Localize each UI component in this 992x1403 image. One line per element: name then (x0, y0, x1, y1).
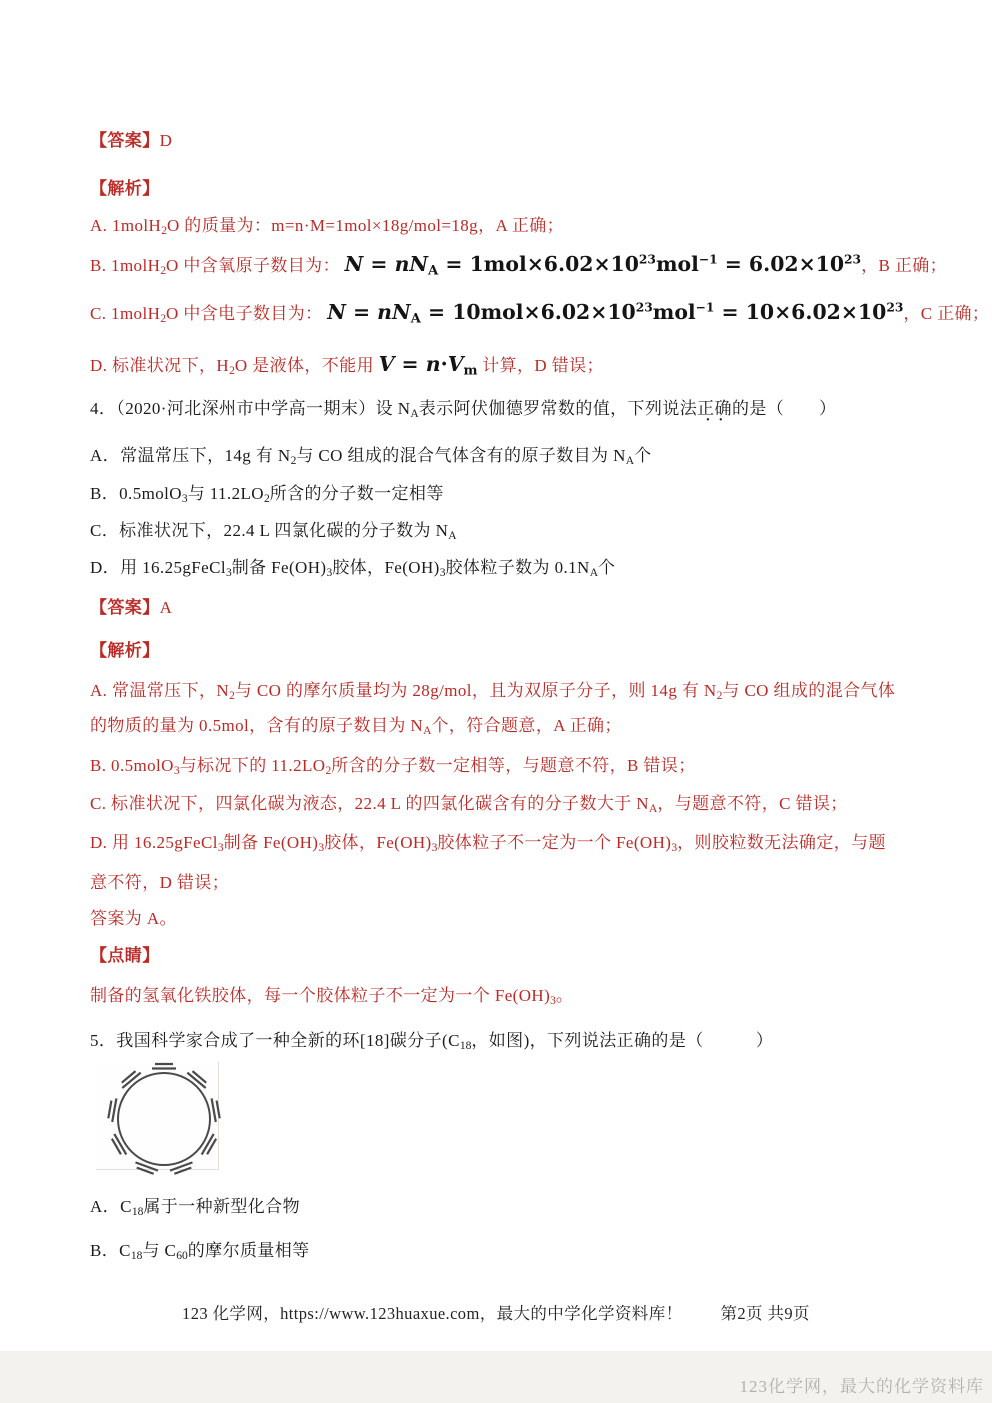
text-line: B. 1molH2O 中含氧原子数目为： N = nNA = 1mol×6.02… (90, 252, 947, 280)
page-footer: 123 化学网，https://www.123huaxue.com，最大的中学化… (0, 1300, 992, 1324)
text-segment: A (590, 566, 598, 579)
text-line: A. 1molH2O 的质量为：m=n·M=1mol×18g/mol=18g，A… (90, 215, 564, 239)
text-segment: 胶体，Fe(OH) (332, 558, 439, 577)
text-segment: n (377, 300, 392, 324)
text-segment: 与 CO 的摩尔质量均为 28g/mol，且为双原子分子，则 14g 有 N (235, 681, 717, 700)
text-segment: D. 用 16.25gFeCl (90, 833, 218, 852)
text-segment: −1 (699, 253, 718, 267)
text-segment: 属于一种新型化合物 (143, 1197, 300, 1216)
text-line: 【点睛】 (90, 945, 160, 966)
text-segment: 5．我国科学家合成了一种全新的环[18]碳分子(C (90, 1031, 460, 1050)
text-segment: 个，符合题意，A 正确； (431, 716, 621, 735)
text-segment: O 中含氧原子数目为： (166, 256, 345, 275)
text-segment: 个 (634, 446, 651, 465)
text-segment: D. 标准状况下，H (90, 356, 229, 375)
text-segment: 【点睛】 (90, 946, 160, 965)
text-segment: O 是液体，不能用 (235, 356, 379, 375)
exam-page: 【答案】D【解析】A. 1molH2O 的质量为：m=n·M=1mol×18g/… (0, 0, 992, 1403)
text-segment: N (392, 300, 411, 324)
text-segment: = (394, 352, 425, 376)
text-segment: D．用 16.25gFeCl (90, 558, 226, 577)
text-line: B．0.5molO3与 11.2LO2所含的分子数一定相等 (90, 483, 444, 507)
text-line: 4．（2020·河北深州市中学高一期末）设 NA表示阿伏伽德罗常数的值，下列说法… (90, 398, 836, 422)
triple-bond-mark (212, 1098, 216, 1122)
text-segment: A (448, 529, 456, 542)
text-segment: 胶体，Fe(OH) (324, 833, 431, 852)
text-segment: 【答案】 (90, 131, 160, 150)
text-line: 【答案】A (90, 597, 172, 618)
text-segment: A (428, 264, 438, 279)
cyclo18-figure-svg (96, 1062, 218, 1169)
text-segment: O 中含电子数目为： (166, 304, 327, 323)
text-segment: 制备 Fe(OH) (232, 558, 327, 577)
text-line: 5．我国科学家合成了一种全新的环[18]碳分子(C18，如图)，下列说法正确的是… (90, 1030, 773, 1054)
text-segment: A (411, 312, 421, 327)
text-segment: n (395, 252, 410, 276)
text-segment: m (464, 364, 478, 379)
text-line: 答案为 A。 (90, 908, 177, 929)
text-segment: n (426, 352, 441, 376)
triple-bond-mark (193, 1071, 207, 1083)
text-segment: 18 (460, 1039, 472, 1052)
text-segment: mol (653, 300, 696, 324)
text-line: A．C18属于一种新型化合物 (90, 1196, 300, 1220)
text-segment: D (160, 131, 173, 150)
text-segment: 所含的分子数一定相等，与题意不符，B 错误； (331, 756, 695, 775)
text-segment: V (448, 352, 464, 376)
text-segment: ，如图)，下列说法正确的是（ ） (471, 1031, 773, 1050)
text-line: A．常温常压下，14g 有 N2与 CO 组成的混合气体含有的原子数目为 NA个 (90, 445, 652, 469)
footer-site-text: 123 化学网，https://www.123huaxue.com，最大的中学化… (182, 1304, 682, 1323)
text-segment: 与 C (142, 1241, 176, 1260)
text-segment: N (327, 300, 346, 324)
text-segment: 【答案】 (90, 598, 160, 617)
text-segment: 23 (636, 301, 653, 315)
text-segment: 与标况下的 11.2LO (180, 756, 326, 775)
text-segment: 正确 (697, 399, 732, 418)
text-line: B. 0.5molO3与标况下的 11.2LO2所含的分子数一定相等，与题意不符… (90, 755, 696, 779)
text-segment: 制备 Fe(OH) (224, 833, 319, 852)
text-segment: 23 (886, 301, 903, 315)
text-segment: C．标准状况下，22.4 L 四氯化碳的分子数为 N (90, 521, 448, 540)
triple-bond-mark (112, 1098, 116, 1122)
text-segment: 计算，D 错误； (478, 356, 604, 375)
footer-page-info: 第2页 共9页 (721, 1304, 810, 1323)
text-segment: 胶体粒子数为 0.1N (446, 558, 590, 577)
text-segment: 【解析】 (90, 179, 160, 198)
text-segment: = 6.02×10 (718, 252, 844, 276)
text-segment: 所含的分子数一定相等 (270, 484, 444, 503)
text-segment: V (379, 352, 395, 376)
text-line: C．标准状况下，22.4 L 四氯化碳的分子数为 NA (90, 520, 457, 544)
text-segment: B. 0.5molO (90, 756, 174, 775)
text-segment: 制备的氢氧化铁胶体，每一个胶体粒子不一定为一个 Fe(OH) (90, 986, 550, 1005)
text-segment: 的摩尔质量相等 (188, 1241, 310, 1260)
text-segment: = 10×6.02×10 (714, 300, 886, 324)
text-segment: 60 (176, 1249, 188, 1262)
text-segment: 意不符，D 错误； (90, 873, 229, 892)
triple-bond-mark (122, 1071, 136, 1083)
text-segment: 个 (598, 558, 615, 577)
text-segment: A (410, 407, 418, 420)
text-line: 的物质的量为 0.5mol，含有的原子数目为 NA个，符合题意，A 正确； (90, 715, 622, 739)
text-segment: 与 11.2LO (188, 484, 264, 503)
text-line: 【答案】D (90, 130, 172, 151)
text-segment: 的是（ ） (732, 399, 836, 418)
text-segment: B．0.5molO (90, 484, 182, 503)
text-segment: 。 (556, 986, 573, 1005)
text-segment: ，则胶粒数无法确定，与题 (677, 833, 886, 852)
text-line: D．用 16.25gFeCl3制备 Fe(OH)3胶体，Fe(OH)3胶体粒子数… (90, 557, 615, 581)
text-segment: 胶体粒子不一定为一个 Fe(OH) (437, 833, 671, 852)
text-segment: C. 标准状况下，四氯化碳为液态，22.4 L 的四氯化碳含有的分子数大于 N (90, 794, 649, 813)
text-segment: 4．（2020·河北深州市中学高一期末）设 N (90, 399, 410, 418)
text-segment: N (345, 252, 364, 276)
text-segment: 【解析】 (90, 641, 160, 660)
text-segment: A (160, 598, 173, 617)
text-line: 意不符，D 错误； (90, 872, 229, 893)
text-segment: 与 CO 组成的混合气体 (722, 681, 895, 700)
text-line: C. 1molH2O 中含电子数目为： N = nNA = 10mol×6.02… (90, 300, 989, 328)
text-segment: · (441, 352, 448, 376)
triple-bond-mark (108, 1101, 111, 1119)
text-segment: = (346, 300, 377, 324)
text-segment: 表示阿伏伽德罗常数的值，下列说法 (419, 399, 697, 418)
text-line: D. 用 16.25gFeCl3制备 Fe(OH)3胶体，Fe(OH)3胶体粒子… (90, 832, 886, 856)
text-line: 【解析】 (90, 178, 160, 199)
text-segment: 18 (132, 1205, 144, 1218)
text-segment: 23 (844, 253, 861, 267)
watermark-text: 123化学网，最大的化学资料库 (740, 1372, 985, 1397)
text-segment: = 10mol×6.02×10 (421, 300, 636, 324)
text-line: B．C18与 C60的摩尔质量相等 (90, 1240, 310, 1264)
text-line: 制备的氢氧化铁胶体，每一个胶体粒子不一定为一个 Fe(OH)3。 (90, 985, 573, 1009)
text-segment: C. 1molH (90, 304, 160, 323)
text-segment: ，B 正确； (861, 256, 947, 275)
text-segment: A．常温常压下，14g 有 N (90, 446, 291, 465)
text-segment: B．C (90, 1241, 131, 1260)
carbon-ring-circle (118, 1073, 210, 1165)
text-line: A. 常温常压下，N2与 CO 的摩尔质量均为 28g/mol，且为双原子分子，… (90, 680, 895, 704)
text-segment: 23 (639, 253, 656, 267)
text-segment: ，C 正确； (903, 304, 989, 323)
text-segment: B. 1molH (90, 256, 160, 275)
text-segment: A．C (90, 1197, 132, 1216)
text-segment: = (363, 252, 394, 276)
text-segment: A (626, 454, 634, 467)
text-line: D. 标准状况下，H2O 是液体，不能用 V = n·Vm 计算，D 错误； (90, 352, 604, 380)
text-segment: O 的质量为：m=n·M=1mol×18g/mol=18g，A 正确； (167, 216, 564, 235)
text-segment: ，与题意不符，C 错误； (657, 794, 847, 813)
text-segment: A. 1molH (90, 216, 161, 235)
text-segment: 与 CO 组成的混合气体含有的原子数目为 N (296, 446, 625, 465)
text-segment: 答案为 A。 (90, 909, 177, 928)
text-line: C. 标准状况下，四氯化碳为液态，22.4 L 的四氯化碳含有的分子数大于 NA… (90, 793, 848, 817)
triple-bond-mark (217, 1101, 220, 1119)
text-segment: mol (656, 252, 699, 276)
text-segment: A. 常温常压下，N (90, 681, 229, 700)
text-segment: 18 (131, 1249, 143, 1262)
cyclo18-carbon-figure (96, 1062, 219, 1170)
text-segment: = 1mol×6.02×10 (438, 252, 639, 276)
text-line: 【解析】 (90, 640, 160, 661)
text-segment: 的物质的量为 0.5mol，含有的原子数目为 N (90, 716, 423, 735)
text-segment: N (409, 252, 428, 276)
text-segment: −1 (696, 301, 715, 315)
